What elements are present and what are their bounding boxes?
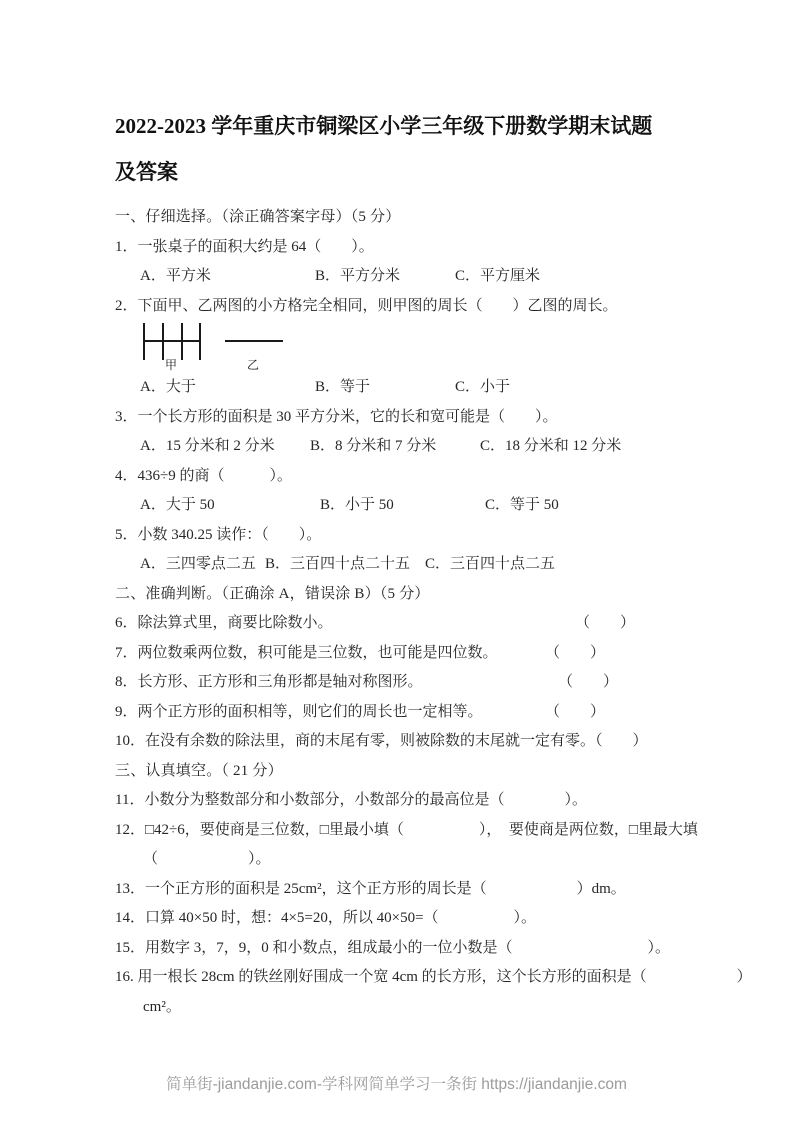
question-13-text: 13．一个正方形的面积是 25cm²，这个正方形的周长是（ ）dm。 bbox=[115, 875, 793, 905]
question-1-text: 1．一张桌子的面积大约是 64（ ）。 bbox=[115, 233, 793, 263]
question-12-text-line2: （ ）。 bbox=[115, 845, 793, 875]
exam-page: 2022-2023 学年重庆市铜梁区小学三年级下册数学期末试题 及答案 一、仔细… bbox=[0, 0, 793, 1122]
q4-option-a: A．大于 50 bbox=[140, 491, 320, 521]
figure-yi-horizontal-line bbox=[225, 340, 283, 342]
question-11-text: 11．小数分为整数部分和小数部分，小数部分的最高位是（ ）。 bbox=[115, 786, 793, 816]
question-16-text-line2: cm²。 bbox=[115, 993, 793, 1023]
q5-option-b: B．三百四十点二十五 bbox=[265, 550, 425, 580]
q1-option-b: B．平方分米 bbox=[315, 262, 455, 292]
figure-label-yi: 乙 bbox=[247, 358, 259, 372]
title-line-1: 2022-2023 学年重庆市铜梁区小学三年级下册数学期末试题 bbox=[115, 103, 793, 149]
question-3-text: 3．一个长方形的面积是 30 平方分米，它的长和宽可能是（ ）。 bbox=[115, 403, 793, 433]
q2-option-a: A．大于 bbox=[140, 373, 315, 403]
section3-heading: 三、认真填空。（ 21 分） bbox=[115, 757, 793, 787]
question-1-options: A．平方米 B．平方分米 C．平方厘米 bbox=[115, 262, 793, 292]
question-2-text: 2．下面甲、乙两图的小方格完全相同，则甲图的周长（ ）乙图的周长。 bbox=[115, 292, 793, 322]
question-7: 7．两位数乘两位数，积可能是三位数，也可能是四位数。 （ ） bbox=[115, 639, 793, 669]
question-8-answer-blank: （ ） bbox=[558, 668, 618, 698]
section2-heading: 二、准确判断。（正确涂 A，错误涂 B）（5 分） bbox=[115, 580, 793, 610]
question-15-text: 15．用数字 3，7，9，0 和小数点，组成最小的一位小数是（ ）。 bbox=[115, 934, 793, 964]
question-7-answer-blank: （ ） bbox=[545, 639, 605, 669]
section1-heading: 一、仔细选择。（涂正确答案字母）（5 分） bbox=[115, 203, 793, 233]
figure-jia-horizontal-line bbox=[143, 340, 201, 342]
q4-option-c: C．等于 50 bbox=[485, 491, 559, 521]
question-8: 8．长方形、正方形和三角形都是轴对称图形。 （ ） bbox=[115, 668, 793, 698]
question-3-options: A．15 分米和 2 分米 B．8 分米和 7 分米 C．18 分米和 12 分… bbox=[115, 432, 793, 462]
question-16-text-line1: 16. 用一根长 28cm 的铁丝刚好围成一个宽 4cm 的长方形，这个长方形的… bbox=[115, 963, 793, 993]
question-6: 6．除法算式里，商要比除数小。 （ ） bbox=[115, 609, 793, 639]
footer-watermark: 简单街-jiandanjie.com-学科网简单学习一条街 https://ji… bbox=[0, 1072, 793, 1094]
q4-option-b: B．小于 50 bbox=[320, 491, 485, 521]
figure-label-jia: 甲 bbox=[165, 358, 177, 372]
q3-option-c: C．18 分米和 12 分米 bbox=[480, 432, 621, 462]
q1-option-a: A．平方米 bbox=[140, 262, 315, 292]
question-5-options: A．三四零点二五 B．三百四十点二十五 C．三百四十点二五 bbox=[115, 550, 793, 580]
q1-option-c: C．平方厘米 bbox=[455, 262, 540, 292]
question-4-options: A．大于 50 B．小于 50 C．等于 50 bbox=[115, 491, 793, 521]
q3-option-b: B．8 分米和 7 分米 bbox=[310, 432, 480, 462]
title-line-2: 及答案 bbox=[115, 149, 793, 195]
q2-option-c: C．小于 bbox=[455, 373, 510, 403]
question-12-text-line1: 12．□42÷6，要使商是三位数，□里最小填（ ）， 要使商是两位数，□里最大填 bbox=[115, 816, 793, 846]
q5-option-a: A．三四零点二五 bbox=[140, 550, 265, 580]
q3-option-a: A．15 分米和 2 分米 bbox=[140, 432, 310, 462]
question-10-text: 10．在没有余数的除法里，商的末尾有零，则被除数的末尾就一定有零。（ ） bbox=[115, 727, 793, 757]
question-9-text: 9．两个正方形的面积相等，则它们的周长也一定相等。 bbox=[115, 704, 483, 720]
question-8-text: 8．长方形、正方形和三角形都是轴对称图形。 bbox=[115, 674, 423, 690]
question-2-figure: 甲 乙 bbox=[143, 321, 793, 373]
exam-body: 一、仔细选择。（涂正确答案字母）（5 分） 1．一张桌子的面积大约是 64（ ）… bbox=[0, 195, 793, 1022]
question-4-text: 4．436÷9 的商（ ）。 bbox=[115, 462, 793, 492]
exam-title: 2022-2023 学年重庆市铜梁区小学三年级下册数学期末试题 及答案 bbox=[0, 0, 793, 195]
question-7-text: 7．两位数乘两位数，积可能是三位数，也可能是四位数。 bbox=[115, 645, 498, 661]
question-9: 9．两个正方形的面积相等，则它们的周长也一定相等。 （ ） bbox=[115, 698, 793, 728]
question-2-options: A．大于 B．等于 C．小于 bbox=[115, 373, 793, 403]
q2-option-b: B．等于 bbox=[315, 373, 455, 403]
question-9-answer-blank: （ ） bbox=[545, 698, 605, 728]
question-6-answer-blank: （ ） bbox=[575, 609, 635, 639]
question-5-text: 5．小数 340.25 读作：（ ）。 bbox=[115, 521, 793, 551]
q5-option-c: C．三百四十点二五 bbox=[425, 550, 555, 580]
question-14-text: 14．口算 40×50 时，想：4×5=20，所以 40×50=（ ）。 bbox=[115, 904, 793, 934]
question-6-text: 6．除法算式里，商要比除数小。 bbox=[115, 615, 333, 631]
